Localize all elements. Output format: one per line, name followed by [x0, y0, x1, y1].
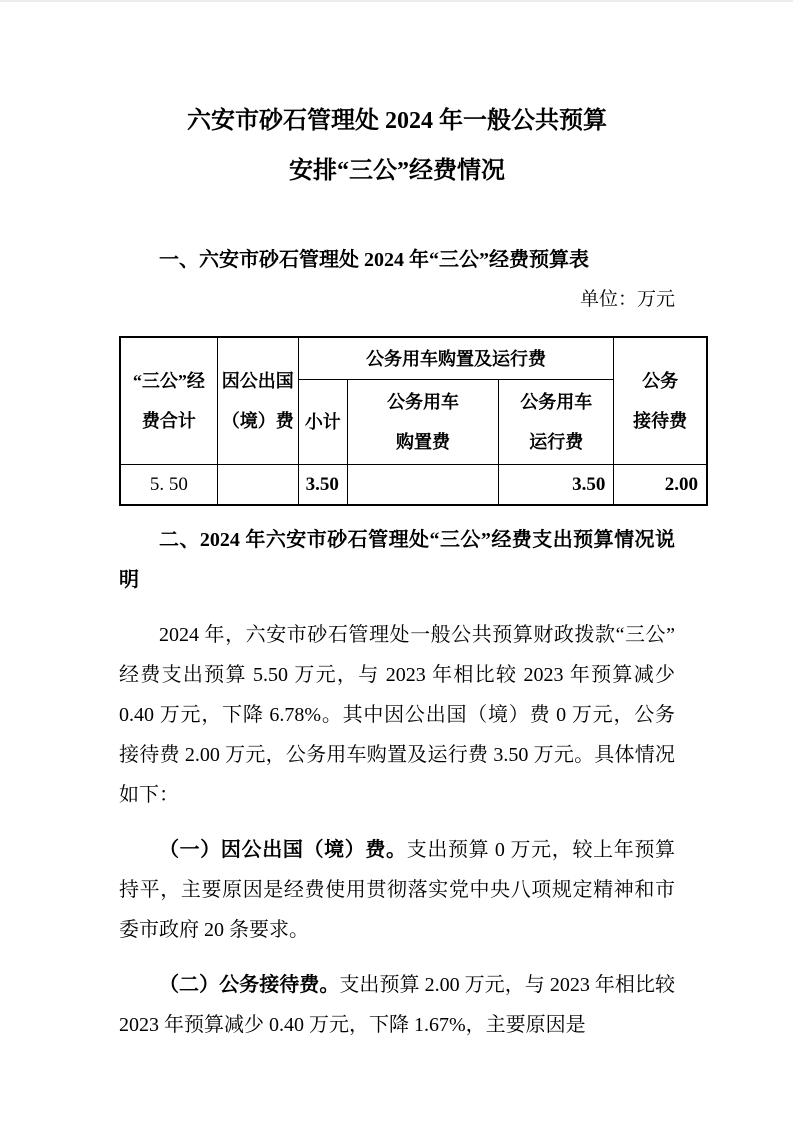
header-vehicle-subtotal: 小计 — [298, 380, 347, 465]
unit-label: 单位：万元 — [119, 280, 675, 320]
item1-paragraph: （一）因公出国（境）费。支出预算 0 万元，较上年预算持平，主要原因是经费使用贯… — [119, 830, 675, 950]
table-header-row-1: “三公”经 费合计 因公出国 （境）费 公务用车购置及运行费 公务 接待费 — [120, 337, 707, 380]
value-three-public-total: 5. 50 — [120, 465, 217, 506]
scan-top-edge — [0, 0, 793, 2]
overview-paragraph: 2024 年，六安市砂石管理处一般公共预算财政拨款“三公”经费支出预算 5.50… — [119, 615, 675, 815]
value-vehicle-subtotal: 3.50 — [298, 465, 347, 506]
header-vehicle-operation: 公务用车 运行费 — [499, 380, 614, 465]
budget-document: 六安市砂石管理处 2024 年一般公共预算 安排“三公”经费情况 一、六安市砂石… — [0, 0, 793, 1122]
header-three-public-total: “三公”经 费合计 — [120, 337, 217, 465]
header-vehicle-purchase: 公务用车 购置费 — [347, 380, 498, 465]
value-vehicle-operation: 3.50 — [499, 465, 614, 506]
header-vehicle-group: 公务用车购置及运行费 — [298, 337, 614, 380]
document-title-line2: 安排“三公”经费情况 — [119, 146, 675, 196]
item1-lead: （一）因公出国（境）费。 — [159, 839, 407, 861]
item2-paragraph: （二）公务接待费。支出预算 2.00 万元，与 2023 年相比较 2023 年… — [119, 965, 675, 1045]
value-reception-fee: 2.00 — [614, 465, 707, 506]
header-abroad-fee: 因公出国 （境）费 — [217, 337, 298, 465]
value-abroad-fee — [217, 465, 298, 506]
document-title: 六安市砂石管理处 2024 年一般公共预算 安排“三公”经费情况 — [119, 96, 675, 196]
section1-heading: 一、六安市砂石管理处 2024 年“三公”经费预算表 — [119, 240, 675, 280]
three-public-budget-table: “三公”经 费合计 因公出国 （境）费 公务用车购置及运行费 公务 接待费 小计… — [119, 336, 708, 506]
section2-heading: 二、2024 年六安市砂石管理处“三公”经费支出预算情况说明 — [119, 520, 675, 600]
item2-lead: （二）公务接待费。 — [159, 974, 339, 996]
header-reception-fee: 公务 接待费 — [614, 337, 707, 465]
table-row: 5. 50 3.50 3.50 2.00 — [120, 465, 707, 506]
value-vehicle-purchase — [347, 465, 498, 506]
document-page: { "document": { "title_line1": "六安市砂石管理处… — [0, 0, 793, 1122]
document-title-line1: 六安市砂石管理处 2024 年一般公共预算 — [119, 96, 675, 146]
